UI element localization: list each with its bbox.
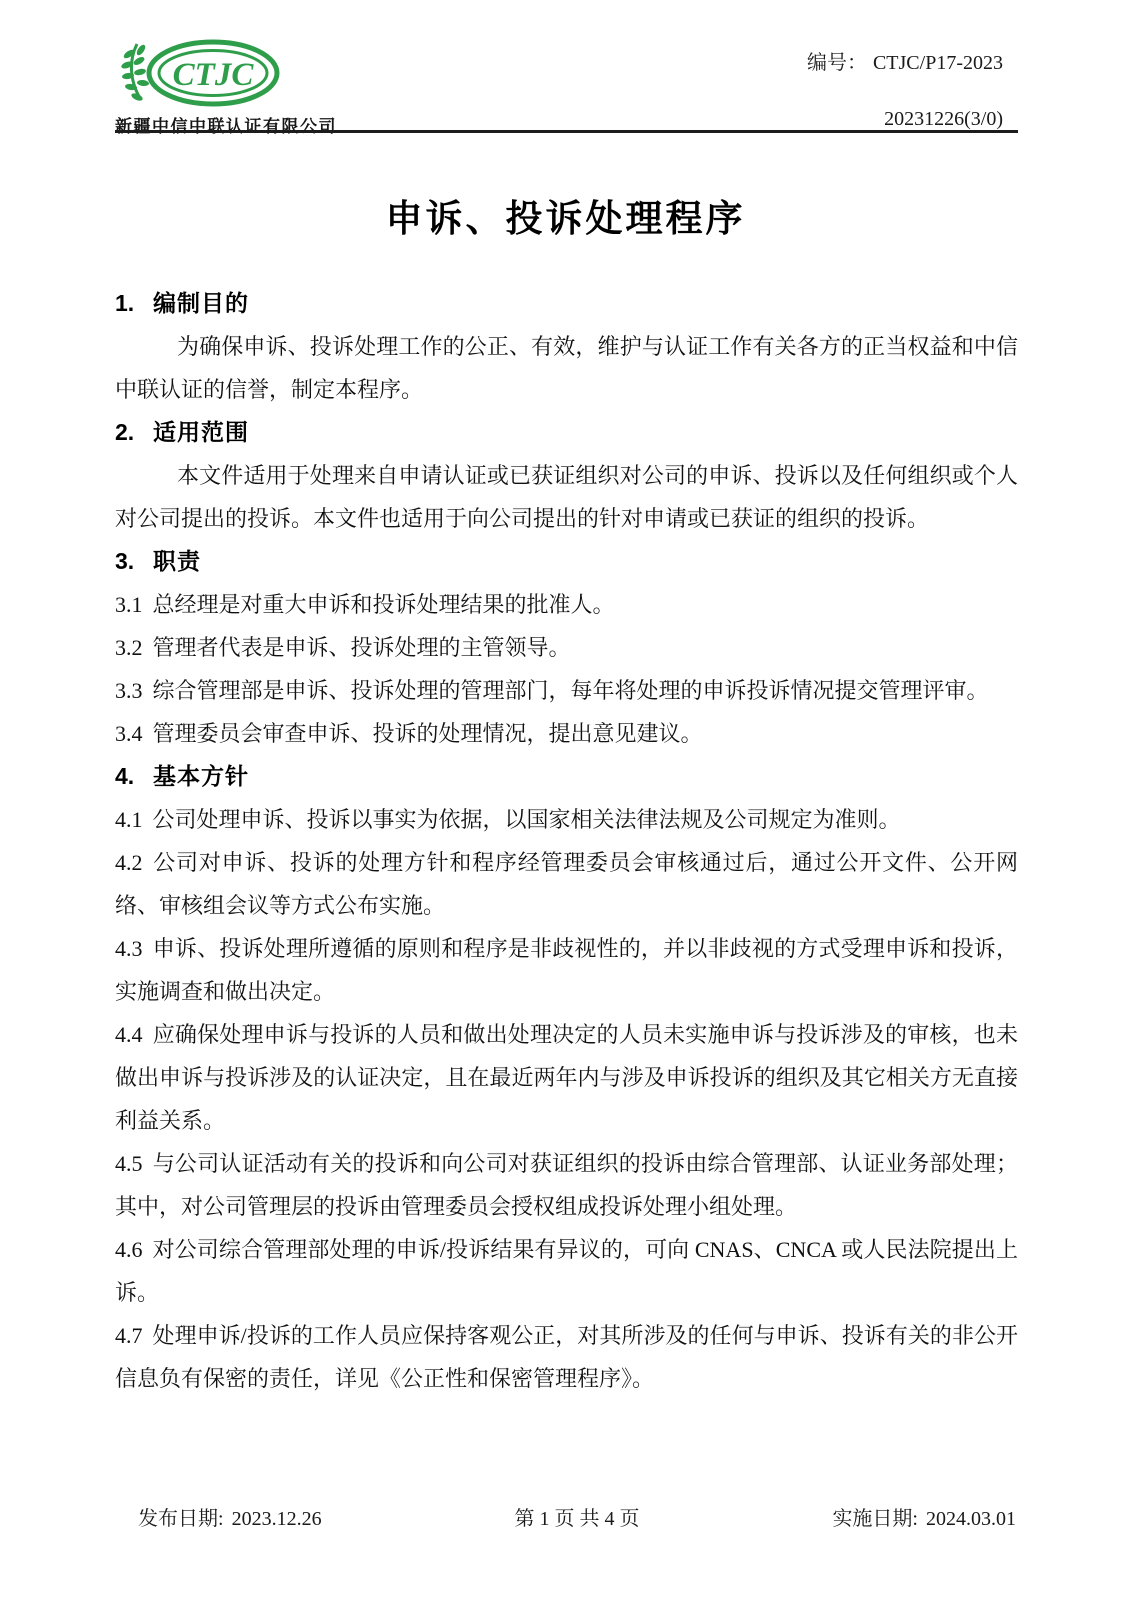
clause-4-3: 4.3申诉、投诉处理所遵循的原则和程序是非歧视性的，并以非歧视的方式受理申诉和投… [115,927,1018,1013]
page-footer: 发布日期:2023.12.26 第 1 页 共 4 页 实施日期:2024.03… [138,1502,1016,1531]
section-heading-4: 4.基本方针 [115,755,1018,798]
clause-4-5: 4.5与公司认证活动有关的投诉和向公司对获证组织的投诉由综合管理部、认证业务部处… [115,1142,1018,1228]
clause-4-6: 4.6对公司综合管理部处理的申诉/投诉结果有异议的，可向 CNAS、CNCA 或… [115,1228,1018,1314]
publish-date-value: 2023.12.26 [232,1508,322,1530]
clause-number: 4.2 [115,850,143,875]
wheat-icon [120,43,149,102]
clause-number: 4.7 [115,1323,143,1348]
section-number: 4. [115,755,137,798]
clause-number: 3.4 [115,721,143,746]
clause-text: 与公司认证活动有关的投诉和向公司对获证组织的投诉由综合管理部、认证业务部处理；其… [115,1151,1018,1219]
clause-number: 4.1 [115,807,143,832]
clause-number: 3.1 [115,592,143,617]
document-number-line: 编号：CTJC/P17-2023 [807,46,1003,75]
implement-date-value: 2024.03.01 [926,1508,1016,1530]
clause-number: 4.6 [115,1237,143,1262]
clause-3-4: 3.4管理委员会审查申诉、投诉的处理情况，提出意见建议。 [115,712,1018,755]
clause-3-3: 3.3综合管理部是申诉、投诉处理的管理部门，每年将处理的申诉投诉情况提交管理评审… [115,669,1018,712]
clause-text: 公司处理申诉、投诉以事实为依据，以国家相关法律法规及公司规定为准则。 [153,807,901,832]
section-heading-2: 2.适用范围 [115,411,1018,454]
clause-text: 申诉、投诉处理所遵循的原则和程序是非歧视性的，并以非歧视的方式受理申诉和投诉，实… [115,936,1018,1004]
clause-text: 对公司综合管理部处理的申诉/投诉结果有异议的，可向 CNAS、CNCA 或人民法… [115,1237,1018,1305]
company-name: 新疆中信中联认证有限公司 [115,112,415,137]
clause-text: 综合管理部是申诉、投诉处理的管理部门，每年将处理的申诉投诉情况提交管理评审。 [153,678,989,703]
publish-date: 发布日期:2023.12.26 [138,1502,322,1531]
section-number: 3. [115,540,137,583]
document-number-value: CTJC/P17-2023 [873,52,1003,74]
clause-number: 4.3 [115,936,143,961]
document-page: CTJC 新疆中信中联认证有限公司 编号：CTJC/P17-2023 20231… [0,0,1131,1600]
document-number-label: 编号： [807,52,867,74]
clause-number: 3.3 [115,678,143,703]
document-body: 1.编制目的 为确保申诉、投诉处理工作的公正、有效，维护与认证工作有关各方的正当… [115,282,1018,1400]
clause-4-2: 4.2公司对申诉、投诉的处理方针和程序经管理委员会审核通过后，通过公开文件、公开… [115,841,1018,927]
section-label: 编制目的 [153,290,249,316]
section-label: 适用范围 [153,419,249,445]
company-logo-icon: CTJC [115,38,283,110]
clause-text: 管理委员会审查申诉、投诉的处理情况，提出意见建议。 [153,721,703,746]
clause-text: 应确保处理申诉与投诉的人员和做出处理决定的人员未实施申诉与投诉涉及的审核，也未做… [115,1022,1018,1133]
section-heading-1: 1.编制目的 [115,282,1018,325]
section-number: 1. [115,282,137,325]
section-heading-3: 3.职责 [115,540,1018,583]
section-number: 2. [115,411,137,454]
document-version: 20231226(3/0) [807,108,1003,131]
clause-number: 3.2 [115,635,143,660]
implement-date: 实施日期:2024.03.01 [832,1502,1016,1531]
logo-block: CTJC 新疆中信中联认证有限公司 [115,38,415,137]
implement-date-label: 实施日期: [832,1508,918,1530]
clause-number: 4.5 [115,1151,143,1176]
clause-text: 公司对申诉、投诉的处理方针和程序经管理委员会审核通过后，通过公开文件、公开网络、… [115,850,1018,918]
clause-text: 总经理是对重大申诉和投诉处理结果的批准人。 [153,592,615,617]
document-meta: 编号：CTJC/P17-2023 20231226(3/0) [807,46,1003,131]
page-counter: 第 1 页 共 4 页 [515,1502,640,1531]
section-1-paragraph: 为确保申诉、投诉处理工作的公正、有效，维护与认证工作有关各方的正当权益和中信中联… [115,325,1018,411]
clause-text: 处理申诉/投诉的工作人员应保持客观公正，对其所涉及的任何与申诉、投诉有关的非公开… [115,1323,1018,1391]
logo-text: CTJC [173,57,255,93]
page-title: 申诉、投诉处理程序 [0,188,1131,242]
clause-4-1: 4.1公司处理申诉、投诉以事实为依据，以国家相关法律法规及公司规定为准则。 [115,798,1018,841]
clause-4-7: 4.7处理申诉/投诉的工作人员应保持客观公正，对其所涉及的任何与申诉、投诉有关的… [115,1314,1018,1400]
publish-date-label: 发布日期: [138,1508,224,1530]
section-2-paragraph: 本文件适用于处理来自申请认证或已获证组织对公司的申诉、投诉以及任何组织或个人对公… [115,454,1018,540]
section-label: 职责 [153,548,201,574]
header-divider [115,130,1018,133]
page-header: CTJC 新疆中信中联认证有限公司 编号：CTJC/P17-2023 20231… [115,38,1018,130]
clause-text: 管理者代表是申诉、投诉处理的主管领导。 [153,635,571,660]
clause-4-4: 4.4应确保处理申诉与投诉的人员和做出处理决定的人员未实施申诉与投诉涉及的审核，… [115,1013,1018,1142]
clause-3-2: 3.2管理者代表是申诉、投诉处理的主管领导。 [115,626,1018,669]
clause-3-1: 3.1总经理是对重大申诉和投诉处理结果的批准人。 [115,583,1018,626]
section-label: 基本方针 [153,763,249,789]
clause-number: 4.4 [115,1022,143,1047]
